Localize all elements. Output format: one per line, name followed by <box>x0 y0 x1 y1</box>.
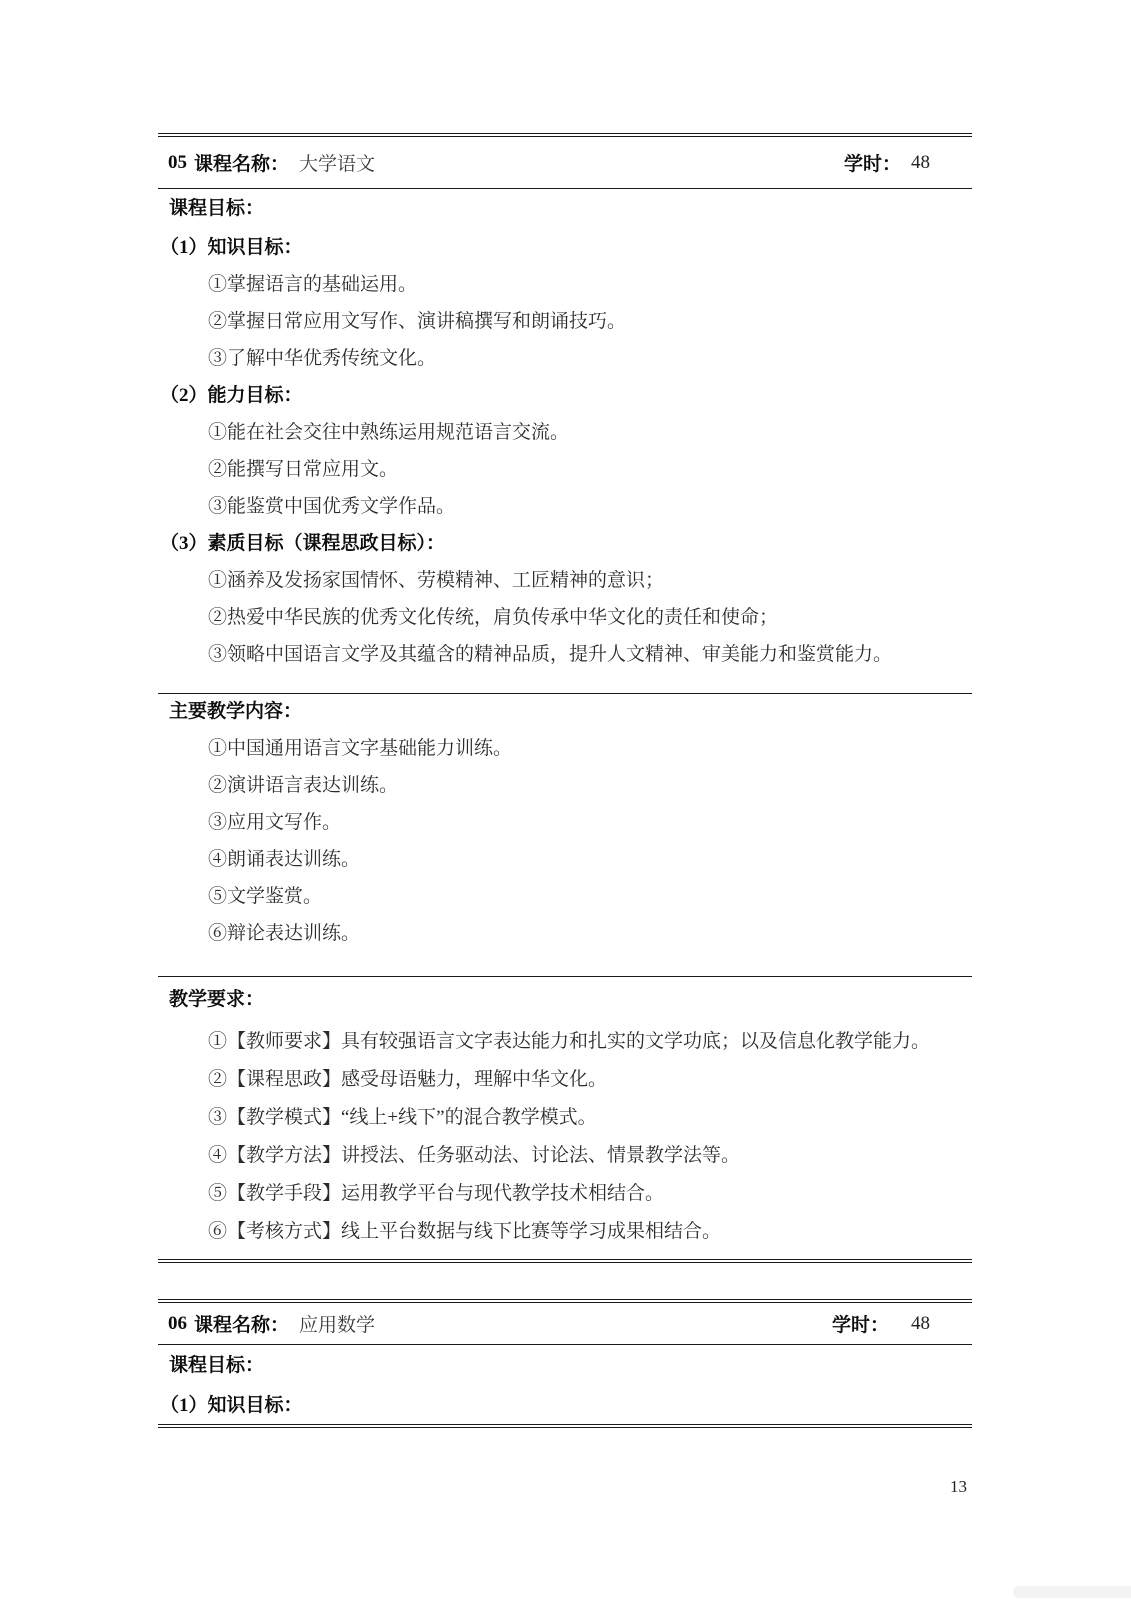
hours-value: 48 <box>911 1313 930 1335</box>
divider-double-bottom <box>158 1259 972 1263</box>
objective-item: ②掌握日常应用文写作、演讲稿撰写和朗诵技巧。 <box>158 303 972 340</box>
course-name-label: 课程名称： <box>194 149 289 176</box>
objective-group-ability: （2）能力目标： ①能在社会交往中熟练运用规范语言交流。 ②能撰写日常应用文。 … <box>158 377 972 525</box>
hours-value: 48 <box>911 152 930 174</box>
scan-artifact <box>1013 1586 1131 1598</box>
objective-item: ②热爱中华民族的优秀文化传统，肩负传承中华文化的责任和使命； <box>158 599 972 636</box>
section-teaching-content: 主要教学内容： ①中国通用语言文字基础能力训练。 ②演讲语言表达训练。 ③应用文… <box>158 694 972 952</box>
requirement-item: ①【教师要求】具有较强语言文字表达能力和扎实的文学功底；以及信息化教学能力。 <box>158 1023 972 1061</box>
section-title: 课程目标： <box>158 189 972 229</box>
section-teaching-requirements: 教学要求： ①【教师要求】具有较强语言文字表达能力和扎实的文学功底；以及信息化教… <box>158 977 972 1251</box>
section-objectives: 课程目标： （1）知识目标： ①掌握语言的基础运用。 ②掌握日常应用文写作、演讲… <box>158 189 972 673</box>
objective-item: ①涵养及发扬家国情怀、劳模精神、工匠精神的意识； <box>158 562 972 599</box>
course-name: 应用数学 <box>299 1310 375 1337</box>
objective-group-knowledge: （1）知识目标： ①掌握语言的基础运用。 ②掌握日常应用文写作、演讲稿撰写和朗诵… <box>158 229 972 377</box>
content-item: ④朗诵表达训练。 <box>158 841 972 878</box>
course-block-06: 06 课程名称： 应用数学 学时： 48 课程目标： （1）知识目标： <box>158 1299 972 1428</box>
group-heading: （1）知识目标： <box>158 1387 972 1424</box>
objective-item: ③了解中华优秀传统文化。 <box>158 340 972 377</box>
section-objectives: 课程目标： （1）知识目标： <box>158 1345 972 1424</box>
requirement-item: ②【课程思政】感受母语魅力，理解中华文化。 <box>158 1061 972 1099</box>
hours-label: 学时： <box>832 1310 889 1337</box>
group-heading: （3）素质目标（课程思政目标）： <box>158 525 972 562</box>
course-block-05: 05 课程名称： 大学语文 学时： 48 课程目标： （1）知识目标： ①掌握语… <box>158 133 972 1263</box>
objective-item: ②能撰写日常应用文。 <box>158 451 972 488</box>
document-page: 05 课程名称： 大学语文 学时： 48 课程目标： （1）知识目标： ①掌握语… <box>0 0 1131 1600</box>
group-heading: （1）知识目标： <box>158 229 972 266</box>
page-number: 13 <box>950 1477 967 1497</box>
content-item: ②演讲语言表达训练。 <box>158 767 972 804</box>
objective-item: ③领略中国语言文学及其蕴含的精神品质，提升人文精神、审美能力和鉴赏能力。 <box>158 636 972 673</box>
course-header: 05 课程名称： 大学语文 学时： 48 <box>158 137 972 188</box>
group-heading: （2）能力目标： <box>158 377 972 414</box>
course-name: 大学语文 <box>299 149 375 176</box>
divider-double-bottom <box>158 1424 972 1428</box>
objective-group-quality: （3）素质目标（课程思政目标）： ①涵养及发扬家国情怀、劳模精神、工匠精神的意识… <box>158 525 972 673</box>
objective-item: ①掌握语言的基础运用。 <box>158 266 972 303</box>
objective-item: ①能在社会交往中熟练运用规范语言交流。 <box>158 414 972 451</box>
section-title: 教学要求： <box>158 977 972 1023</box>
syllabus-document: 05 课程名称： 大学语文 学时： 48 课程目标： （1）知识目标： ①掌握语… <box>158 133 972 1428</box>
content-item: ⑥辩论表达训练。 <box>158 915 972 952</box>
section-title: 主要教学内容： <box>158 694 972 730</box>
content-item: ①中国通用语言文字基础能力训练。 <box>158 730 972 767</box>
course-header: 06 课程名称： 应用数学 学时： 48 <box>158 1303 972 1344</box>
course-code: 05 <box>168 152 187 174</box>
course-code: 06 <box>168 1313 187 1335</box>
objective-item: ③能鉴赏中国优秀文学作品。 <box>158 488 972 525</box>
requirement-item: ⑤【教学手段】运用教学平台与现代教学技术相结合。 <box>158 1175 972 1213</box>
requirement-item: ④【教学方法】讲授法、任务驱动法、讨论法、情景教学法等。 <box>158 1137 972 1175</box>
course-name-label: 课程名称： <box>194 1310 289 1337</box>
hours-label: 学时： <box>844 149 901 176</box>
requirement-item: ⑥【考核方式】线上平台数据与线下比赛等学习成果相结合。 <box>158 1213 972 1251</box>
requirement-item: ③【教学模式】“线上+线下”的混合教学模式。 <box>158 1099 972 1137</box>
section-title: 课程目标： <box>158 1345 972 1387</box>
content-item: ⑤文学鉴赏。 <box>158 878 972 915</box>
content-item: ③应用文写作。 <box>158 804 972 841</box>
